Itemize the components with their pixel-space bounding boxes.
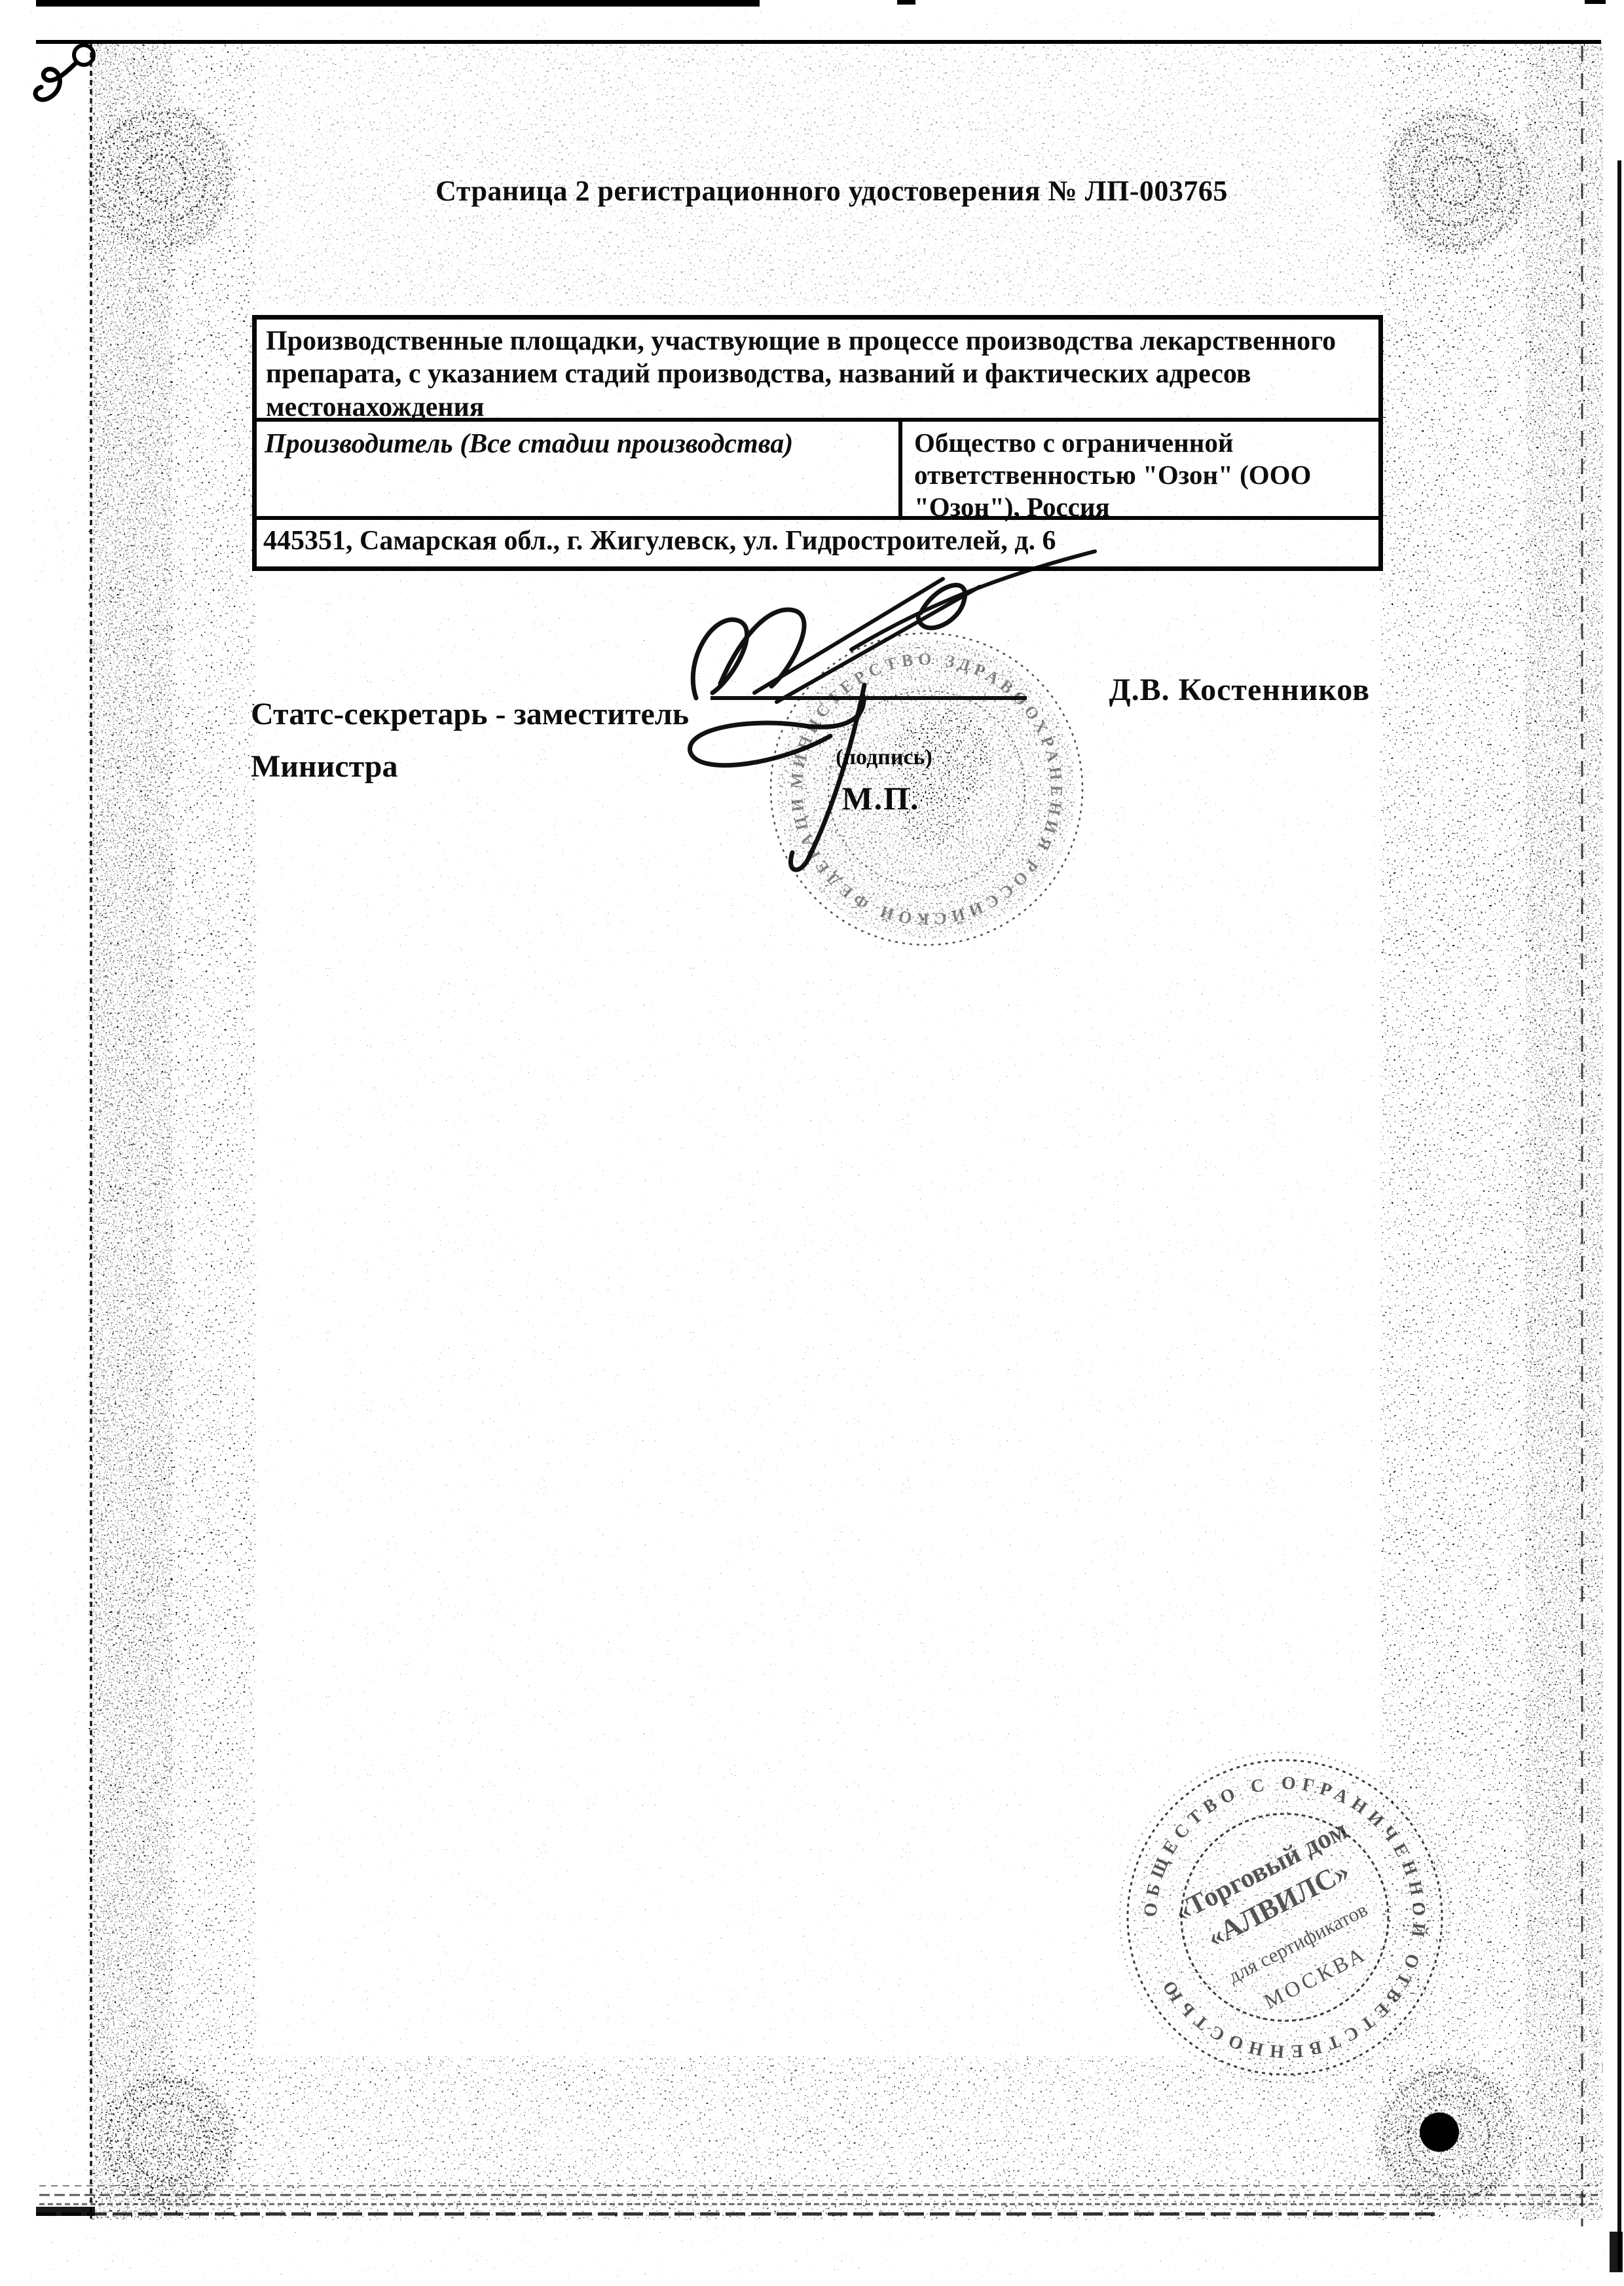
producer-label-cell: Производитель (Все стадии производства) [257, 422, 902, 516]
producer-address-cell: 445351, Самарская обл., г. Жигулевск, ул… [257, 520, 1378, 566]
signer-position-line2: Министра [251, 748, 397, 784]
table-producer-row: Производитель (Все стадии производства) … [257, 422, 1378, 520]
page-title: Страница 2 регистрационного удостоверени… [393, 174, 1270, 208]
production-sites-table: Производственные площадки, участвующие в… [252, 315, 1383, 571]
producer-value-cell: Общество с ограниченной ответственностью… [902, 422, 1378, 516]
document-text-layer: Страница 2 регистрационного удостоверени… [0, 0, 1624, 2286]
signer-name: Д.В. Костенников [982, 672, 1370, 708]
scanned-certificate-page: Страница 2 регистрационного удостоверени… [0, 0, 1624, 2286]
seal-place-caption: М.П. [769, 779, 992, 817]
signer-position-line1: Статс-секретарь - заместитель [251, 696, 689, 732]
signature-caption: (подпись) [773, 745, 995, 770]
table-caption-cell: Производственные площадки, участвующие в… [257, 320, 1378, 422]
